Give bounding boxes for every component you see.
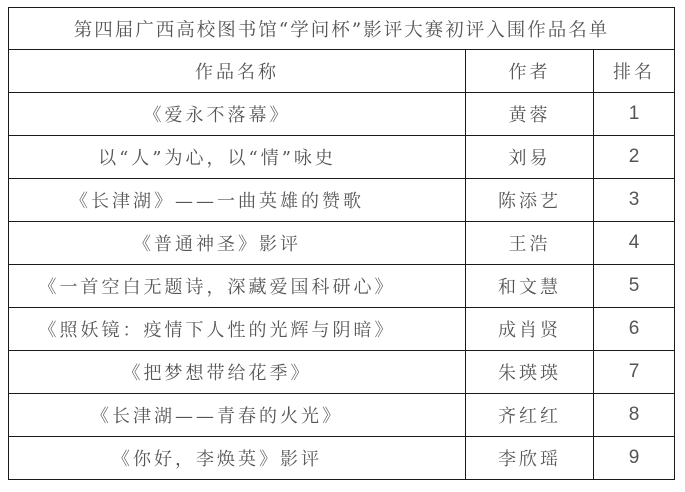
author-cell: 刘易 <box>466 136 594 179</box>
work-name: 《长津湖》——一曲英雄的赞歌 <box>70 191 364 212</box>
table-row: 《爱永不落幕》 黄蓉 1 <box>9 93 675 136</box>
rank-cell: 6 <box>594 308 675 351</box>
work-name-cell: 以“人”为心，以“情”咏史 <box>9 136 466 179</box>
header-work-name: 作品名称 <box>9 50 466 93</box>
rank-cell: 8 <box>594 394 675 437</box>
author-cell: 陈添艺 <box>466 179 594 222</box>
work-name: 《长津湖——青春的火光》 <box>91 406 343 427</box>
table-row: 《照妖镜：疫情下人性的光辉与阴暗》 成肖贤 6 <box>9 308 675 351</box>
rank-cell: 3 <box>594 179 675 222</box>
author-cell: 成肖贤 <box>466 308 594 351</box>
table-title: 第四届广西高校图书馆“学问杯”影评大赛初评入围作品名单 <box>9 8 675 50</box>
author-cell: 李欣瑶 <box>466 437 594 480</box>
rank-cell: 1 <box>594 93 675 136</box>
work-name-cell: 《长津湖——青春的火光》 <box>9 394 466 437</box>
rank-cell: 4 <box>594 222 675 265</box>
work-name: 《普通神圣》影评 <box>133 234 301 255</box>
author-cell: 齐红红 <box>466 394 594 437</box>
header-rank: 排名 <box>594 50 675 93</box>
rank-cell: 9 <box>594 437 675 480</box>
table-row: 以“人”为心，以“情”咏史 刘易 2 <box>9 136 675 179</box>
work-name-cell: 《普通神圣》影评 <box>9 222 466 265</box>
work-name: 《照妖镜：疫情下人性的光辉与阴暗》 <box>39 320 396 341</box>
table-row: 《你好，李焕英》影评 李欣瑶 9 <box>9 437 675 480</box>
work-name: 《爱永不落幕》 <box>144 105 291 126</box>
author-cell: 黄蓉 <box>466 93 594 136</box>
work-name: 《把梦想带给花季》 <box>123 363 312 384</box>
rank-cell: 2 <box>594 136 675 179</box>
table-row: 《把梦想带给花季》 朱瑛瑛 7 <box>9 351 675 394</box>
work-name: 以“人”为心，以“情”咏史 <box>98 148 336 169</box>
work-name-cell: 《你好，李焕英》影评 <box>9 437 466 480</box>
table-row: 《长津湖》——一曲英雄的赞歌 陈添艺 3 <box>9 179 675 222</box>
work-name: 《一首空白无题诗，深藏爱国科研心》 <box>39 277 396 298</box>
work-name-cell: 《爱永不落幕》 <box>9 93 466 136</box>
finalist-table: 第四届广西高校图书馆“学问杯”影评大赛初评入围作品名单 作品名称 作者 排名 《… <box>8 7 675 480</box>
author-cell: 和文慧 <box>466 265 594 308</box>
work-name-cell: 《一首空白无题诗，深藏爱国科研心》 <box>9 265 466 308</box>
rank-cell: 5 <box>594 265 675 308</box>
work-name-cell: 《长津湖》——一曲英雄的赞歌 <box>9 179 466 222</box>
rank-cell: 7 <box>594 351 675 394</box>
table-row: 《一首空白无题诗，深藏爱国科研心》 和文慧 5 <box>9 265 675 308</box>
work-name-cell: 《照妖镜：疫情下人性的光辉与阴暗》 <box>9 308 466 351</box>
work-name-cell: 《把梦想带给花季》 <box>9 351 466 394</box>
work-name: 《你好，李焕英》影评 <box>112 449 322 470</box>
table-row: 《长津湖——青春的火光》 齐红红 8 <box>9 394 675 437</box>
author-cell: 朱瑛瑛 <box>466 351 594 394</box>
table-row: 《普通神圣》影评 王浩 4 <box>9 222 675 265</box>
author-cell: 王浩 <box>466 222 594 265</box>
header-author: 作者 <box>466 50 594 93</box>
